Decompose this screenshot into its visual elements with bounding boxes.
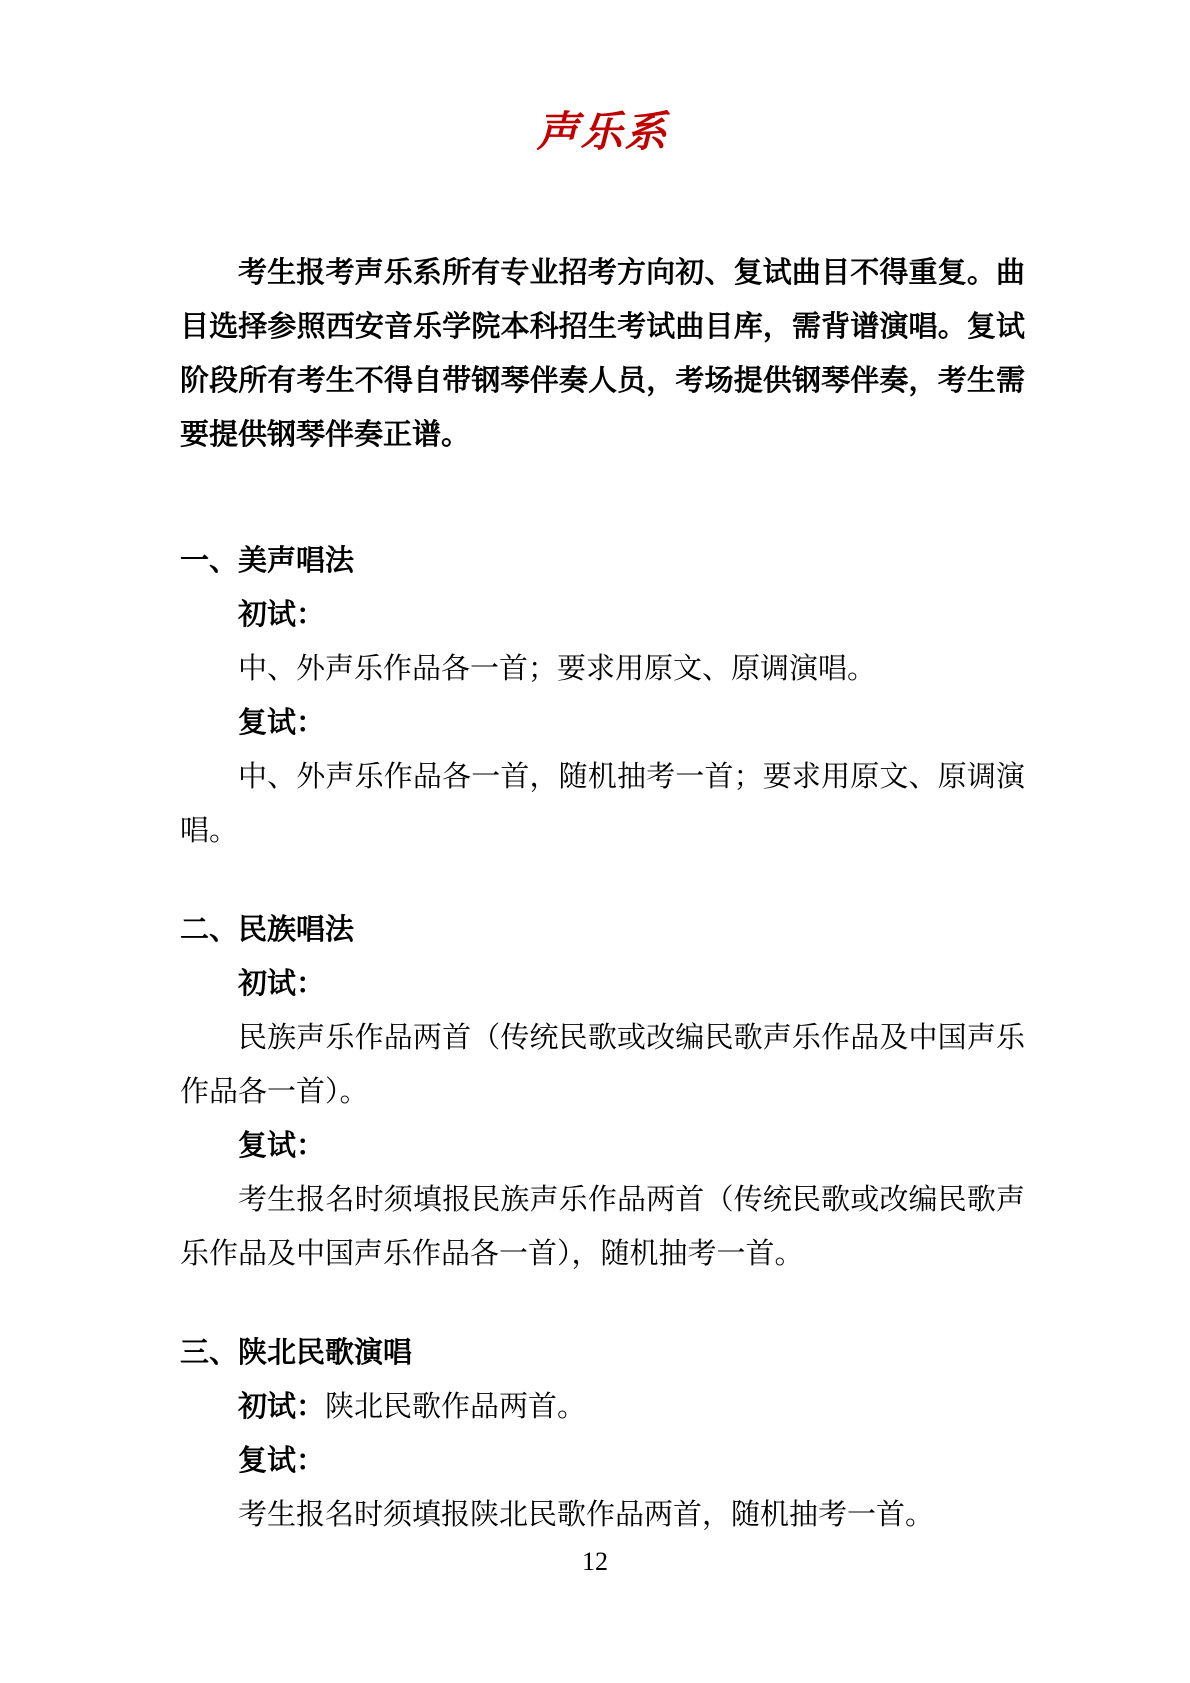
first-round-line: 初试：陕北民歌作品两首。 xyxy=(180,1380,1025,1434)
section-heading: 三、陕北民歌演唱 xyxy=(180,1326,1025,1380)
first-round-text: 民族声乐作品两首（传统民歌或改编民歌声乐作品及中国声乐作品各一首）。 xyxy=(180,1011,1025,1119)
section-heading: 一、美声唱法 xyxy=(180,534,1025,588)
first-round-text: 中、外声乐作品各一首；要求用原文、原调演唱。 xyxy=(180,642,1025,696)
first-round-label: 初试： xyxy=(180,957,1025,1011)
page-number: 12 xyxy=(0,1546,1190,1578)
section-folk-singing: 二、民族唱法 初试： 民族声乐作品两首（传统民歌或改编民歌声乐作品及中国声乐作品… xyxy=(180,903,1025,1281)
second-round-label: 复试： xyxy=(180,1119,1025,1173)
first-round-label: 初试： xyxy=(238,1391,325,1423)
second-round-text: 中、外声乐作品各一首，随机抽考一首；要求用原文、原调演唱。 xyxy=(180,750,1025,858)
second-round-text: 考生报名时须填报民族声乐作品两首（传统民歌或改编民歌声乐作品及中国声乐作品各一首… xyxy=(180,1173,1025,1281)
document-page: 声乐系 考生报考声乐系所有专业招考方向初、复试曲目不得重复。曲目选择参照西安音乐… xyxy=(0,0,1190,1683)
page-title: 声乐系 xyxy=(180,106,1025,160)
section-heading: 二、民族唱法 xyxy=(180,903,1025,957)
section-bel-canto: 一、美声唱法 初试： 中、外声乐作品各一首；要求用原文、原调演唱。 复试： 中、… xyxy=(180,534,1025,858)
first-round-text: 陕北民歌作品两首。 xyxy=(325,1391,586,1423)
second-round-text: 考生报名时须填报陕北民歌作品两首，随机抽考一首。 xyxy=(180,1488,1025,1542)
first-round-label: 初试： xyxy=(180,588,1025,642)
second-round-label: 复试： xyxy=(180,1434,1025,1488)
intro-paragraph: 考生报考声乐系所有专业招考方向初、复试曲目不得重复。曲目选择参照西安音乐学院本科… xyxy=(180,246,1025,462)
second-round-label: 复试： xyxy=(180,696,1025,750)
section-shaanbei-folk-song: 三、陕北民歌演唱 初试：陕北民歌作品两首。 复试： 考生报名时须填报陕北民歌作品… xyxy=(180,1326,1025,1542)
document-content: 声乐系 考生报考声乐系所有专业招考方向初、复试曲目不得重复。曲目选择参照西安音乐… xyxy=(180,0,1025,1542)
